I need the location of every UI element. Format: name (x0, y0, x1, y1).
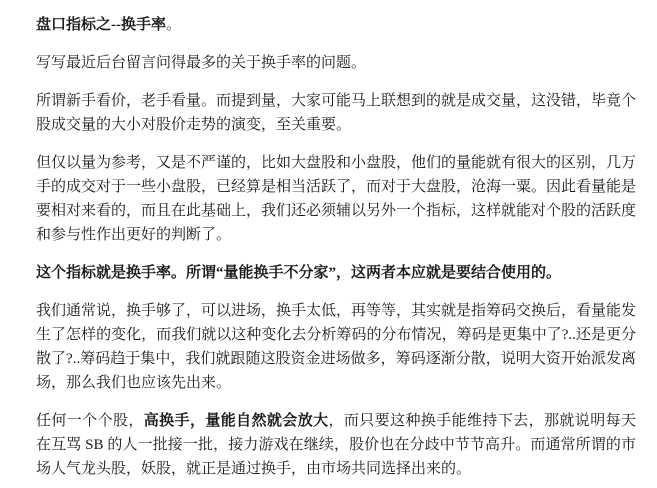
bold-text-run: 这个指标就是换手率。所谓“量能换手不分家”，这两者本应就是要结合使用的。 (36, 265, 561, 281)
text-run: 所谓新手看价，老手看量。而提到量，大家可能马上联想到的就是成交量，这没错，毕竟个… (36, 93, 636, 133)
paragraph: 写写最近后台留言问得最多的关于换手率的问题。 (36, 51, 636, 75)
article-body: 盘口指标之--换手率。写写最近后台留言问得最多的关于换手率的问题。所谓新手看价，… (0, 0, 657, 481)
text-run: 但仅以量为参考，又是不严谨的，比如大盘股和小盘股，他们的量能就有很大的区别，几万… (36, 155, 636, 243)
paragraph: 我们通常说，换手够了，可以进场，换手太低，再等等，其实就是指筹码交换后，看量能发… (36, 299, 636, 395)
bold-text-run: 高换手，量能自然就会放大 (144, 413, 329, 429)
text-run: 我们通常说，换手够了，可以进场，换手太低，再等等，其实就是指筹码交换后，看量能发… (36, 303, 636, 391)
paragraph: 所谓新手看价，老手看量。而提到量，大家可能马上联想到的就是成交量，这没错，毕竟个… (36, 89, 636, 137)
paragraph: 任何一个个股，高换手，量能自然就会放大，而只要这种换手能维持下去，那就说明每天在… (36, 409, 636, 481)
text-run: 。 (166, 17, 181, 33)
paragraph: 但仅以量为参考，又是不严谨的，比如大盘股和小盘股，他们的量能就有很大的区别，几万… (36, 151, 636, 247)
article-title: 盘口指标之--换手率。 (36, 13, 636, 37)
text-run: 写写最近后台留言问得最多的关于换手率的问题。 (36, 55, 366, 71)
bold-text-run: 盘口指标之--换手率 (36, 17, 166, 33)
paragraph: 这个指标就是换手率。所谓“量能换手不分家”，这两者本应就是要结合使用的。 (36, 261, 636, 285)
text-run: 任何一个个股， (36, 413, 144, 429)
